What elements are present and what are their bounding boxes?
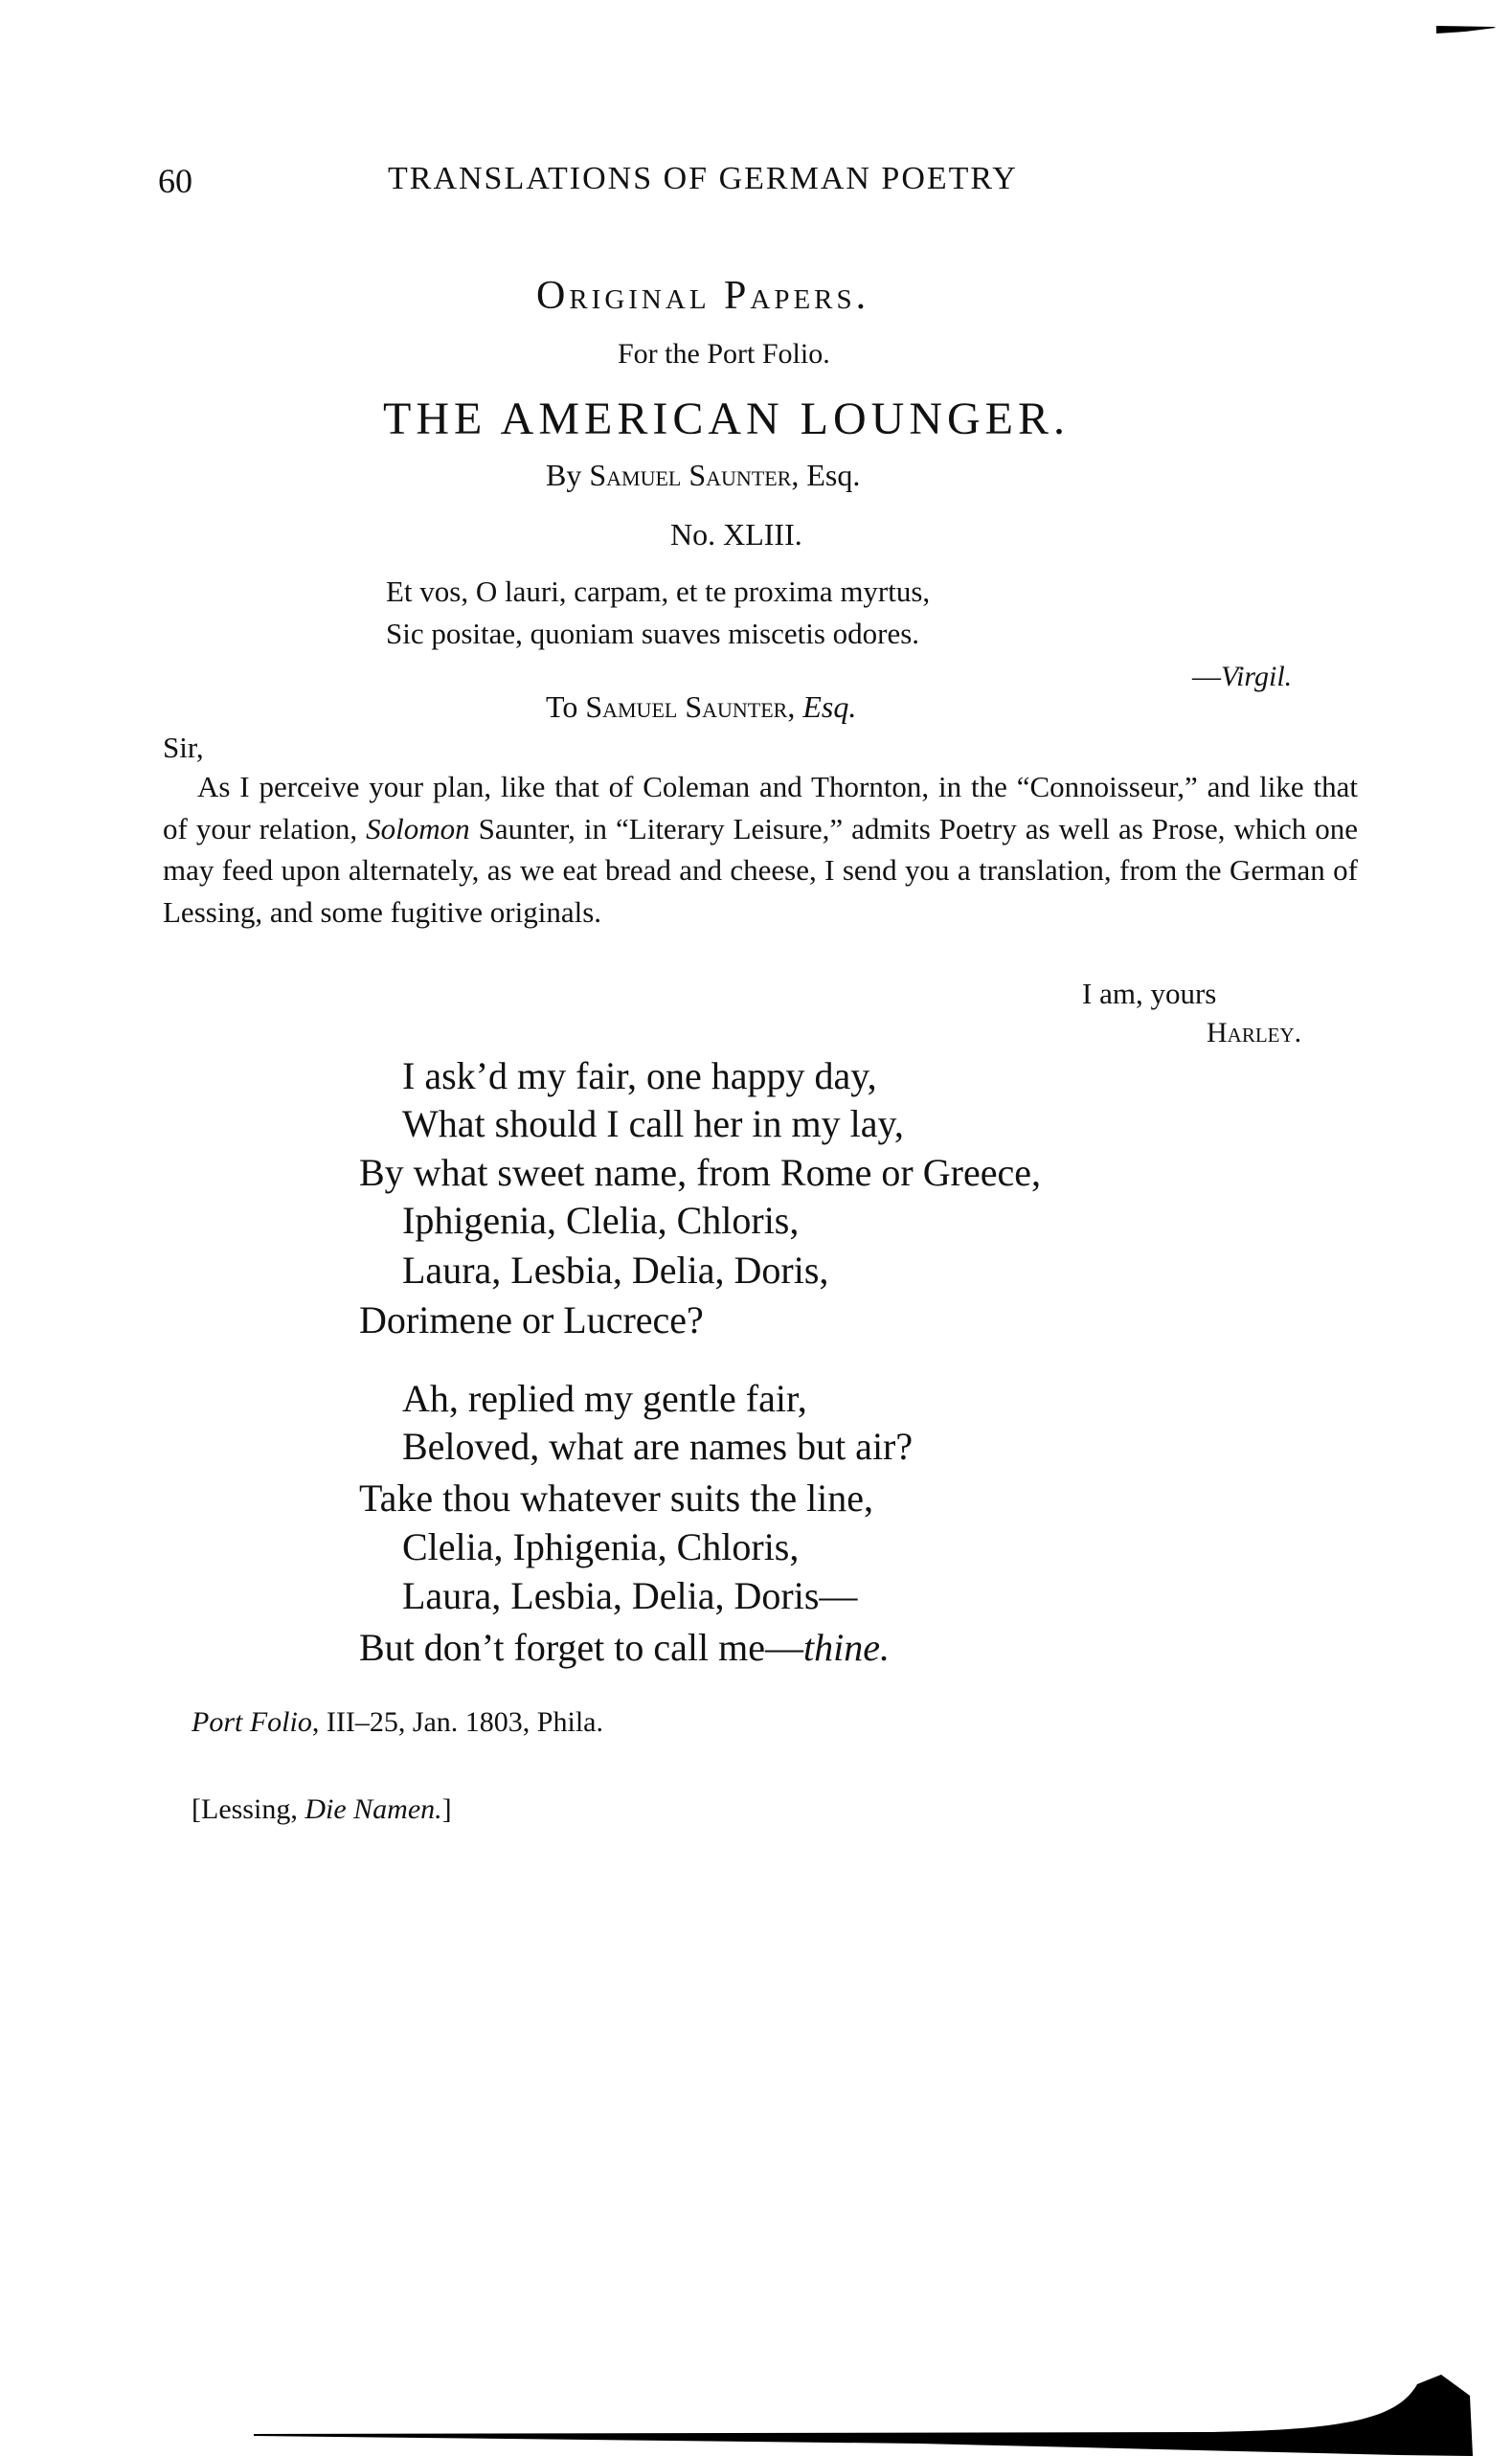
source-note: [Lessing, Die Namen.]	[192, 1793, 452, 1826]
source-close: ]	[442, 1793, 452, 1825]
poem-line-italic: thine.	[803, 1626, 890, 1669]
salutation: Sir,	[163, 731, 204, 765]
letter-paragraph: As I perceive your plan, like that of Co…	[163, 766, 1358, 934]
attribution-name: Virgil.	[1221, 661, 1292, 692]
addressee-esq: Esq.	[802, 689, 856, 724]
poem-line: I ask’d my fair, one happy day,	[402, 1053, 877, 1098]
addressee-name: Samuel Saunter	[585, 689, 787, 724]
citation-journal: Port Folio	[192, 1706, 312, 1738]
byline-suffix: , Esq.	[791, 458, 860, 492]
citation: Port Folio, III–25, Jan. 1803, Phila.	[192, 1706, 603, 1739]
letter-italic-name: Solomon	[366, 812, 470, 845]
epigraph-attribution: —Virgil.	[1192, 661, 1292, 693]
signature: Harley.	[1207, 1017, 1301, 1049]
source-title: Die Namen.	[305, 1793, 441, 1825]
byline-author: Samuel Saunter	[589, 458, 791, 492]
for-line: For the Port Folio.	[618, 338, 830, 371]
poem-line: But don’t forget to call me—thine.	[359, 1625, 890, 1670]
poem-line: Ah, replied my gentle fair,	[402, 1376, 807, 1421]
scan-edge-rule-icon	[249, 2375, 1484, 2456]
addressee-suffix: ,	[787, 689, 802, 724]
issue-number: No. XLIII.	[670, 517, 802, 552]
addressee-prefix: To	[546, 689, 585, 724]
source-open: [Lessing,	[192, 1793, 305, 1825]
poem-line: Iphigenia, Clelia, Chloris,	[402, 1198, 799, 1243]
epigraph-line: Et vos, O lauri, carpam, et te proxima m…	[386, 575, 930, 609]
addressee-line: To Samuel Saunter, Esq.	[546, 689, 856, 725]
poem-line: By what sweet name, from Rome or Greece,	[359, 1150, 1041, 1195]
epigraph-line: Sic positae, quoniam suaves miscetis odo…	[386, 617, 919, 651]
poem-line: Clelia, Iphigenia, Chloris,	[402, 1524, 799, 1569]
citation-details: , III–25, Jan. 1803, Phila.	[312, 1706, 603, 1738]
poem-line: Laura, Lesbia, Delia, Doris,	[402, 1248, 828, 1293]
poem-line: What should I call her in my lay,	[402, 1101, 904, 1146]
page-number: 60	[158, 161, 192, 201]
byline-prefix: By	[546, 458, 589, 492]
poem-line: Laura, Lesbia, Delia, Doris—	[402, 1573, 857, 1618]
poem-line: Beloved, what are names but air?	[402, 1424, 913, 1469]
poem-line: Take thou whatever suits the line,	[359, 1476, 873, 1521]
letter-closing: I am, yours	[1082, 977, 1216, 1011]
poem-line-text: But don’t forget to call me—	[359, 1626, 803, 1669]
running-head: TRANSLATIONS OF GERMAN POETRY	[388, 161, 1018, 197]
scan-edge-mark-icon	[1436, 26, 1496, 34]
section-title: Original Papers.	[536, 273, 869, 319]
byline: By Samuel Saunter, Esq.	[546, 458, 860, 493]
attribution-dash: —	[1192, 661, 1221, 692]
poem-line: Dorimene or Lucrece?	[359, 1297, 704, 1342]
article-title: THE AMERICAN LOUNGER.	[383, 393, 1070, 445]
